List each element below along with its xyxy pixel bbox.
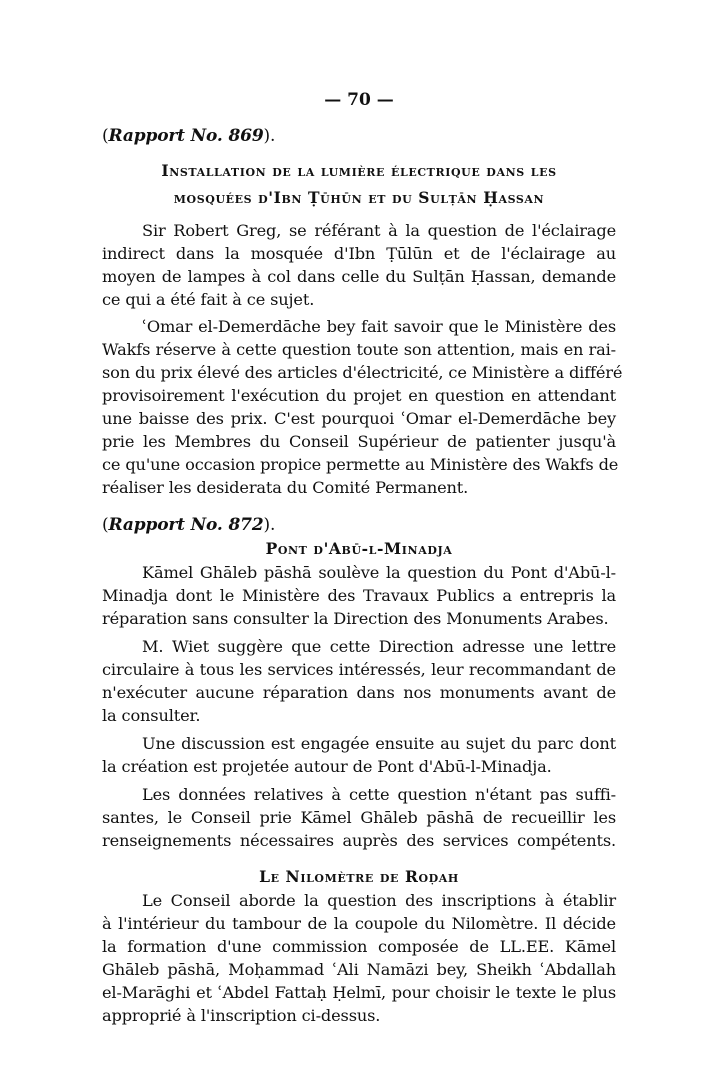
page-number: — 70 — <box>102 90 616 110</box>
paragraph-line: Wakfs réserve à cette question toute son… <box>102 339 616 361</box>
paragraph-line: ce qui a été fait à ce sujet. <box>102 289 616 311</box>
paragraph-line: Les données relatives à cette question n… <box>102 784 616 806</box>
paragraph-line: Sir Robert Greg, se référant à la questi… <box>102 220 616 242</box>
paragraph-line: Une discussion est engagée ensuite au su… <box>102 733 616 755</box>
section-title: Installation de la lumière électrique da… <box>102 160 616 182</box>
rapport-heading: (Rapport No. 869). <box>102 125 616 147</box>
paragraph-line: indirect dans la mosquée d'Ibn Ṭūlūn et … <box>102 243 616 265</box>
paragraph-line: ce qu'une occasion propice permette au M… <box>102 454 616 476</box>
paragraph-line: Ghāleb pāshā, Moḥammad ʿAli Namāzi bey, … <box>102 959 616 981</box>
paragraph-line: provisoirement l'exécution du projet en … <box>102 385 616 407</box>
paragraph-line: Le Conseil aborde la question des inscri… <box>102 890 616 912</box>
rapport-heading: (Rapport No. 872). <box>102 514 616 536</box>
section-title: Le Nilomètre de Roḍah <box>102 866 616 888</box>
paragraph-line: el-Marāghi et ʿAbdel Fattaḥ Ḥelmī, pour … <box>102 982 616 1004</box>
paragraph-line: son du prix élevé des articles d'électri… <box>102 362 616 384</box>
paragraph-line: Minadja dont le Ministère des Travaux Pu… <box>102 585 616 607</box>
paragraph-line: Kāmel Ghāleb pāshā soulève la question d… <box>102 562 616 584</box>
paragraph-line: n'exécuter aucune réparation dans nos mo… <box>102 682 616 704</box>
section-title: mosquées d'Ibn Ṭūhūn et du Sulṭān Ḥassan <box>102 187 616 209</box>
section-title: Pont d'Abū-l-Minadja <box>102 538 616 560</box>
paragraph-line: la formation d'une commission composée d… <box>102 936 616 958</box>
paragraph-line: santes, le Conseil prie Kāmel Ghāleb pās… <box>102 807 616 829</box>
paragraph-line: prie les Membres du Conseil Supérieur de… <box>102 431 616 453</box>
paragraph-line: réparation sans consulter la Direction d… <box>102 608 616 630</box>
paragraph-line: la consulter. <box>102 705 616 727</box>
paragraph-line: circulaire à tous les services intéressé… <box>102 659 616 681</box>
paragraph-line: ʿOmar el-Demerdāche bey fait savoir que … <box>102 316 616 338</box>
paragraph-line: la création est projetée autour de Pont … <box>102 756 616 778</box>
paragraph-line: moyen de lampes à col dans celle du Sulṭ… <box>102 266 616 288</box>
paragraph-line: M. Wiet suggère que cette Direction adre… <box>102 636 616 658</box>
paragraph-line: renseignements nécessaires auprès des se… <box>102 830 616 852</box>
paragraph-line: une baisse des prix. C'est pourquoi ʿOma… <box>102 408 616 430</box>
paragraph-line: approprié à l'inscription ci-dessus. <box>102 1005 616 1027</box>
paragraph-line: réaliser les desiderata du Comité Perman… <box>102 477 616 499</box>
paragraph-line: à l'intérieur du tambour de la coupole d… <box>102 913 616 935</box>
